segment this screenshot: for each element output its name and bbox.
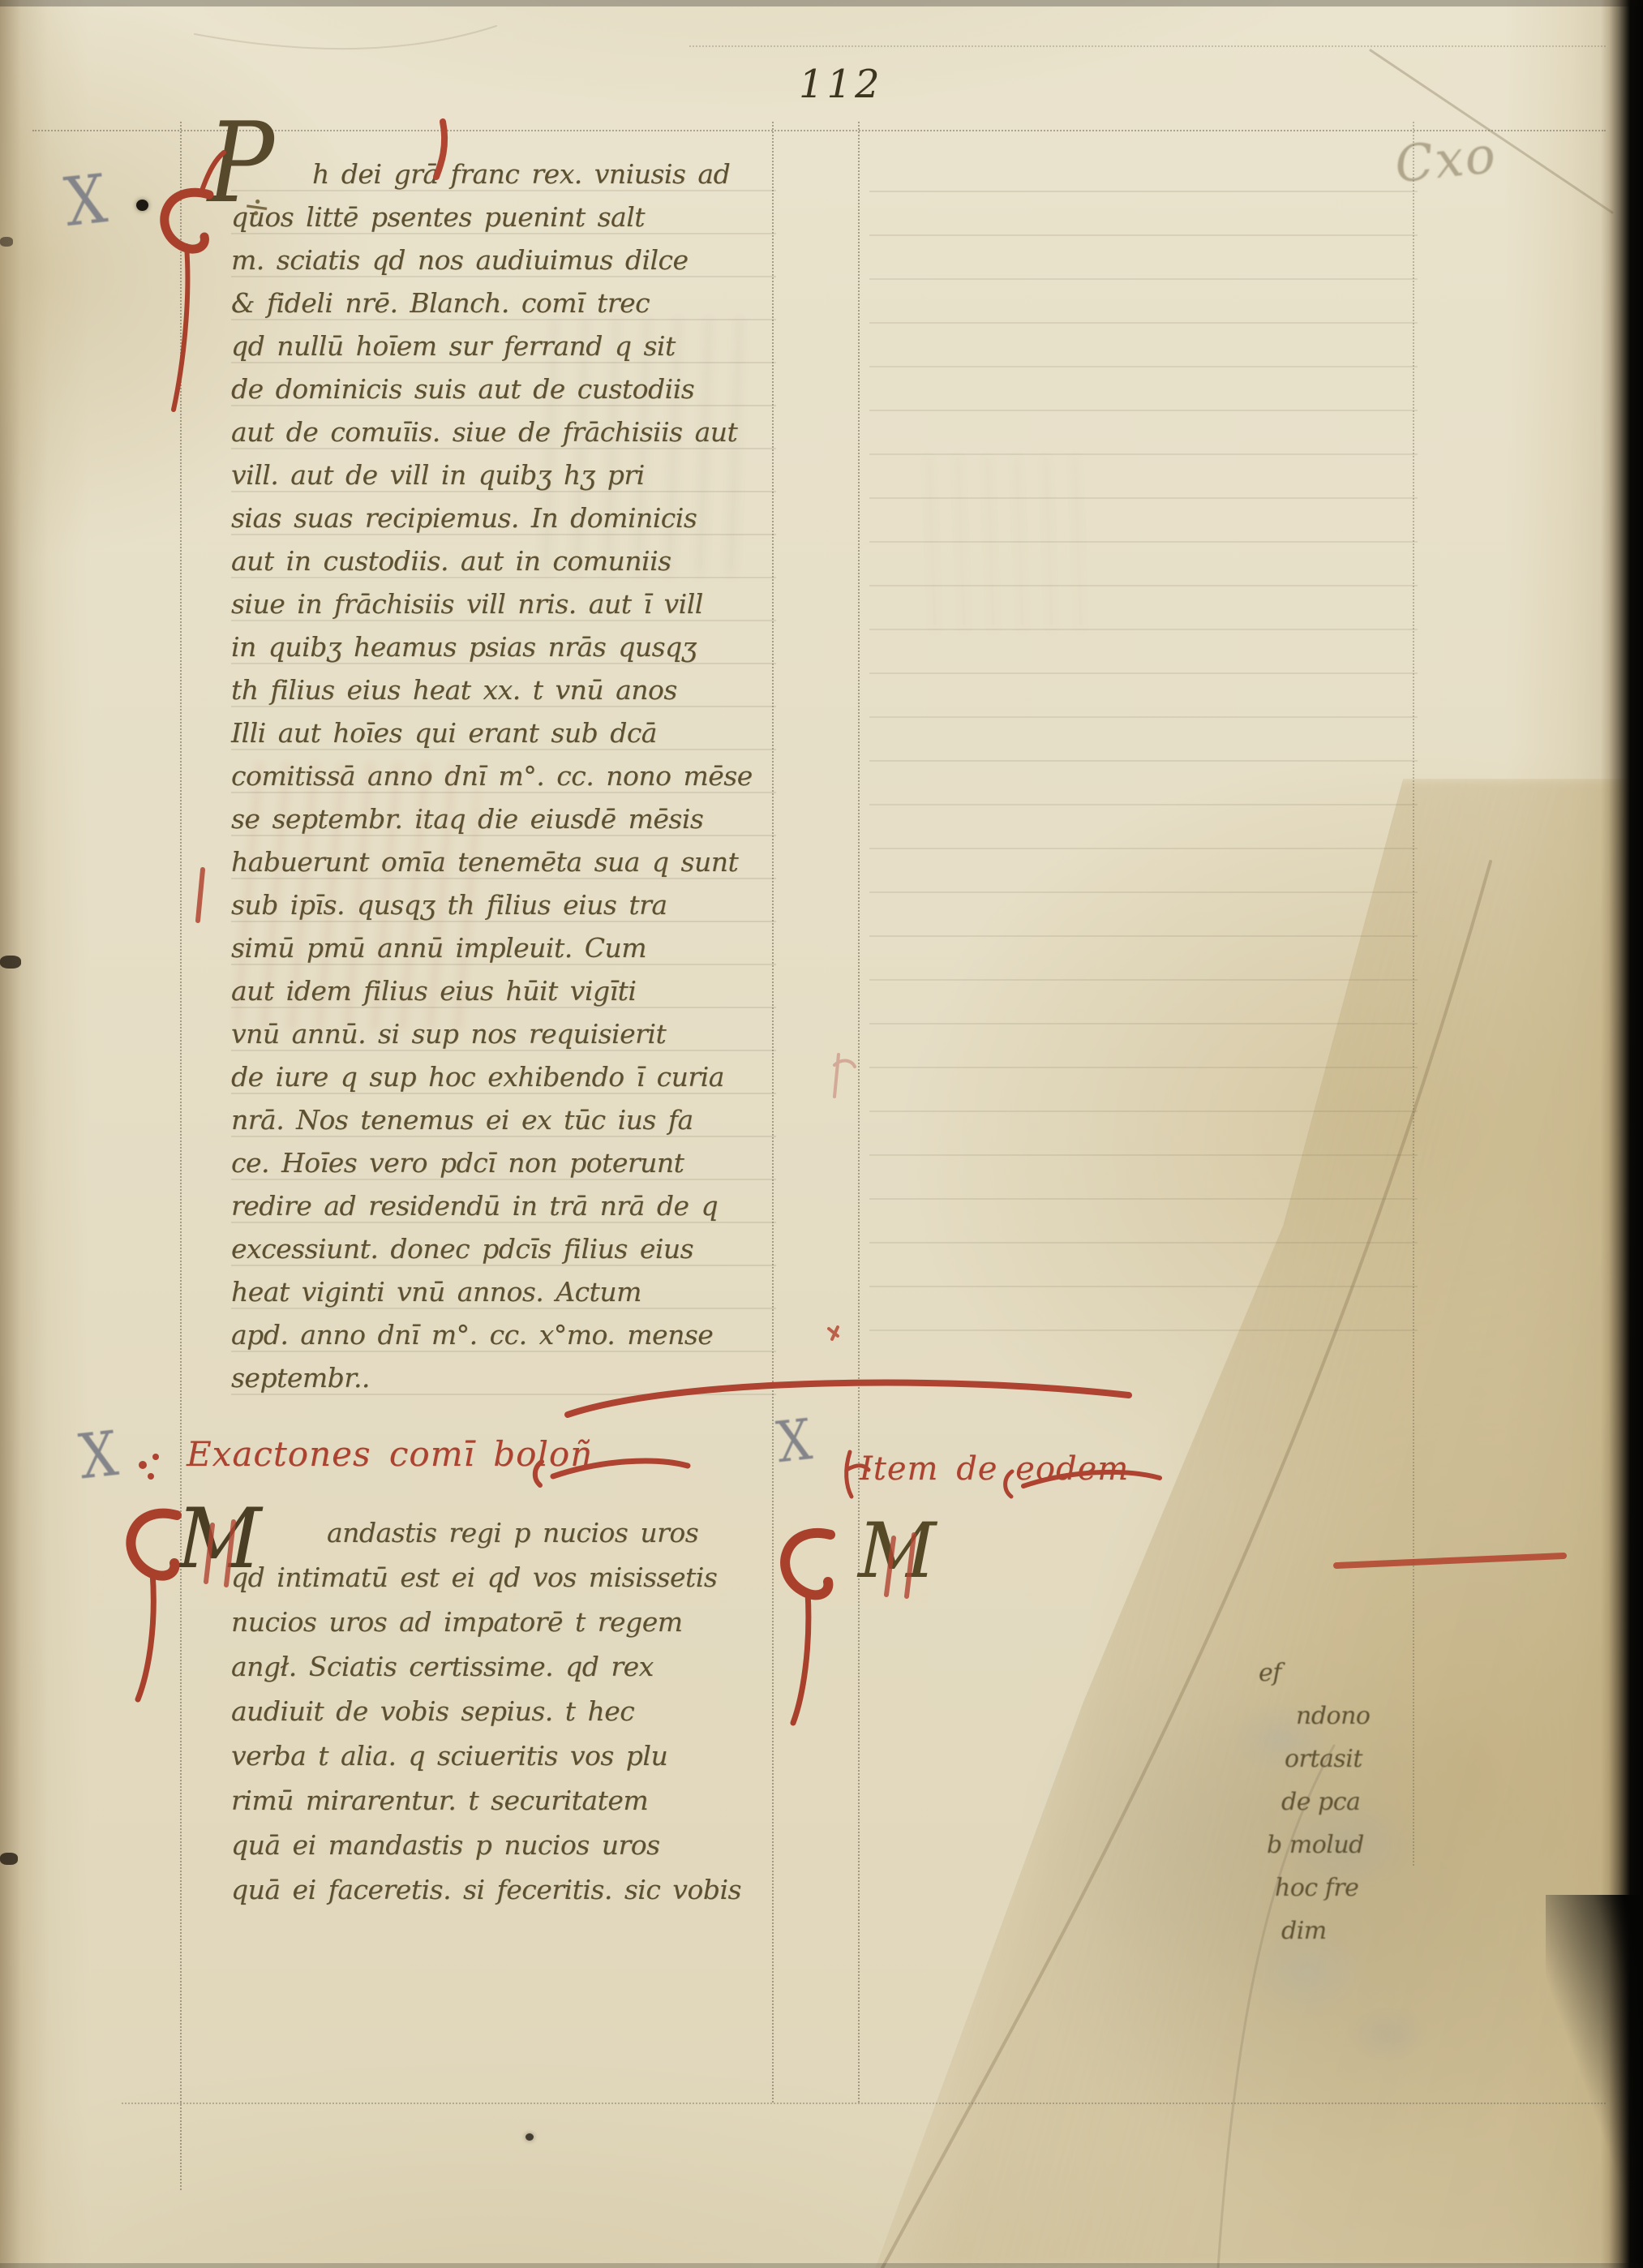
paraph-mark (785, 1533, 830, 1723)
text-line: aut in custodiis. aut in comuniis (231, 539, 776, 582)
column1-entry1-text: h dei grā franc rex. vniusis adquos litt… (231, 152, 776, 1399)
text-line: de iure q sup hoc exhibendo ī curia (231, 1055, 776, 1098)
margin-x-mark: X (75, 1418, 121, 1493)
column2-entry1-text (869, 152, 1418, 1345)
rubric-heading-item-de-eodem: Item de eodem (860, 1450, 1129, 1488)
text-line: habuerunt omīa tenemēta sua q sunt (231, 840, 776, 883)
red-initial-touch (198, 870, 203, 921)
ruling-line-horizontal (689, 45, 1606, 47)
page-edge-top (0, 0, 1643, 6)
rubric-dots (139, 1454, 159, 1480)
text-line: quā ei faceretis. si feceritis. sic vobi… (231, 1867, 776, 1912)
text-line: excessiunt. donec pdcīs filius eius (231, 1227, 776, 1270)
text-line: audiuit de vobis sepius. t hec (231, 1689, 776, 1733)
margin-overflow-word: de pca (1281, 1780, 1370, 1823)
text-line: apd. anno dnī m°. cc. x°mo. mense (231, 1313, 776, 1356)
margin-overflow-word: b molud (1267, 1823, 1370, 1866)
folio-number: 112 (799, 62, 883, 107)
binding-stitch (0, 237, 13, 247)
text-line: heat viginti vnū annos. Actum (231, 1270, 776, 1313)
text-line: in quibʒ heamus psias nrās qusqʒ (231, 625, 776, 668)
text-line: quā ei mandastis p nucios uros (231, 1823, 776, 1867)
text-line: siue in frāchisiis vill nris. aut ī vill (231, 582, 776, 625)
parchment-hole (136, 200, 148, 211)
text-line: & fideli nrē. Blanch. comī trec (231, 281, 776, 324)
text-line: sias suas recipiemus. In dominicis (231, 496, 776, 539)
text-line: ce. Hoīes vero pdcī non poterunt (231, 1141, 776, 1184)
margin-overflow-word: ortasit (1285, 1738, 1370, 1780)
column1-entry2-text: andastis regi p nucios urosqd intimatū e… (231, 1510, 776, 1912)
margin-overflow-word: ef (1259, 1652, 1370, 1695)
manuscript-page: 112 Cxo X X X ÷ P M M h dei grā franc re… (0, 0, 1643, 2268)
text-line: nucios uros ad impatorē t regem (231, 1600, 776, 1644)
text-line: aut idem filius eius hūit vigīti (231, 969, 776, 1012)
text-line: andastis regi p nucios uros (231, 1510, 776, 1555)
text-line: h dei grā franc rex. vniusis ad (231, 152, 776, 195)
text-line: rimū mirarentur. t securitatem (231, 1778, 776, 1823)
text-line: de dominicis suis aut de custodiis (231, 367, 776, 410)
margin-overflow-words: efndonoortasitde pcab moludhoc fredim (1263, 1652, 1370, 1952)
binding-stitch (0, 956, 21, 969)
text-line: Illi aut hoīes qui erant sub dcā (231, 711, 776, 754)
tear-wrap-spacer (1341, 1069, 1418, 1345)
text-line: sub ipīs. qusqʒ th filius eius tra (231, 883, 776, 926)
text-line: simū pmū annū impleuit. Cum (231, 926, 776, 969)
text-line: nrā. Nos tenemus ei ex tūc ius fa (231, 1098, 776, 1141)
text-line: redire ad residendū in trā nrā de q (231, 1184, 776, 1227)
margin-overflow-word: dim (1281, 1909, 1370, 1952)
ruling-line-vertical (858, 122, 860, 2103)
margin-overflow-word: ndono (1296, 1695, 1370, 1738)
binding-stitch (0, 1853, 18, 1865)
text-line: septembr.. (231, 1356, 776, 1399)
text-line: qd intimatū est ei qd vos misissetis (231, 1555, 776, 1600)
faded-paraph (834, 1055, 855, 1097)
text-line: m. sciatis qd nos audiuimus dilce (231, 238, 776, 281)
red-margin-tick (829, 1327, 838, 1339)
text-line: comitissā anno dnī m°. cc. nono mēse (231, 754, 776, 797)
text-line: angł. Sciatis certissime. qd rex (231, 1644, 776, 1689)
margin-overflow-word: hoc fre (1275, 1866, 1370, 1909)
rubric-heading-exactiones: Exactones comī boloñ (187, 1434, 593, 1474)
text-line: vill. aut de vill in quibʒ hʒ pri (231, 453, 776, 496)
text-line: quos littē psentes puenint salt (231, 195, 776, 238)
paraph-mark (131, 1514, 177, 1699)
text-line: se septembr. itaq die eiusdē mēsis (231, 797, 776, 840)
text-line: aut de comuīis. siue de frāchisiis aut (231, 410, 776, 453)
ruling-line-vertical (180, 122, 182, 2190)
parchment-spot (526, 2133, 534, 2141)
margin-x-mark: X (61, 159, 110, 241)
text-line: th filius eius heat xx. t vnū anos (231, 668, 776, 711)
text-line: vnū annū. si sup nos requisierit (231, 1012, 776, 1055)
page-edge-bottom (0, 2263, 1643, 2268)
page-corner-shadow (1546, 1895, 1643, 2268)
text-line: verba t alia. q sciueritis vos plu (231, 1733, 776, 1778)
text-line: qd nullū hoīem sur ferrand q sit (231, 324, 776, 367)
margin-x-mark: X (774, 1407, 814, 1475)
ruling-line-horizontal (122, 2103, 1606, 2104)
